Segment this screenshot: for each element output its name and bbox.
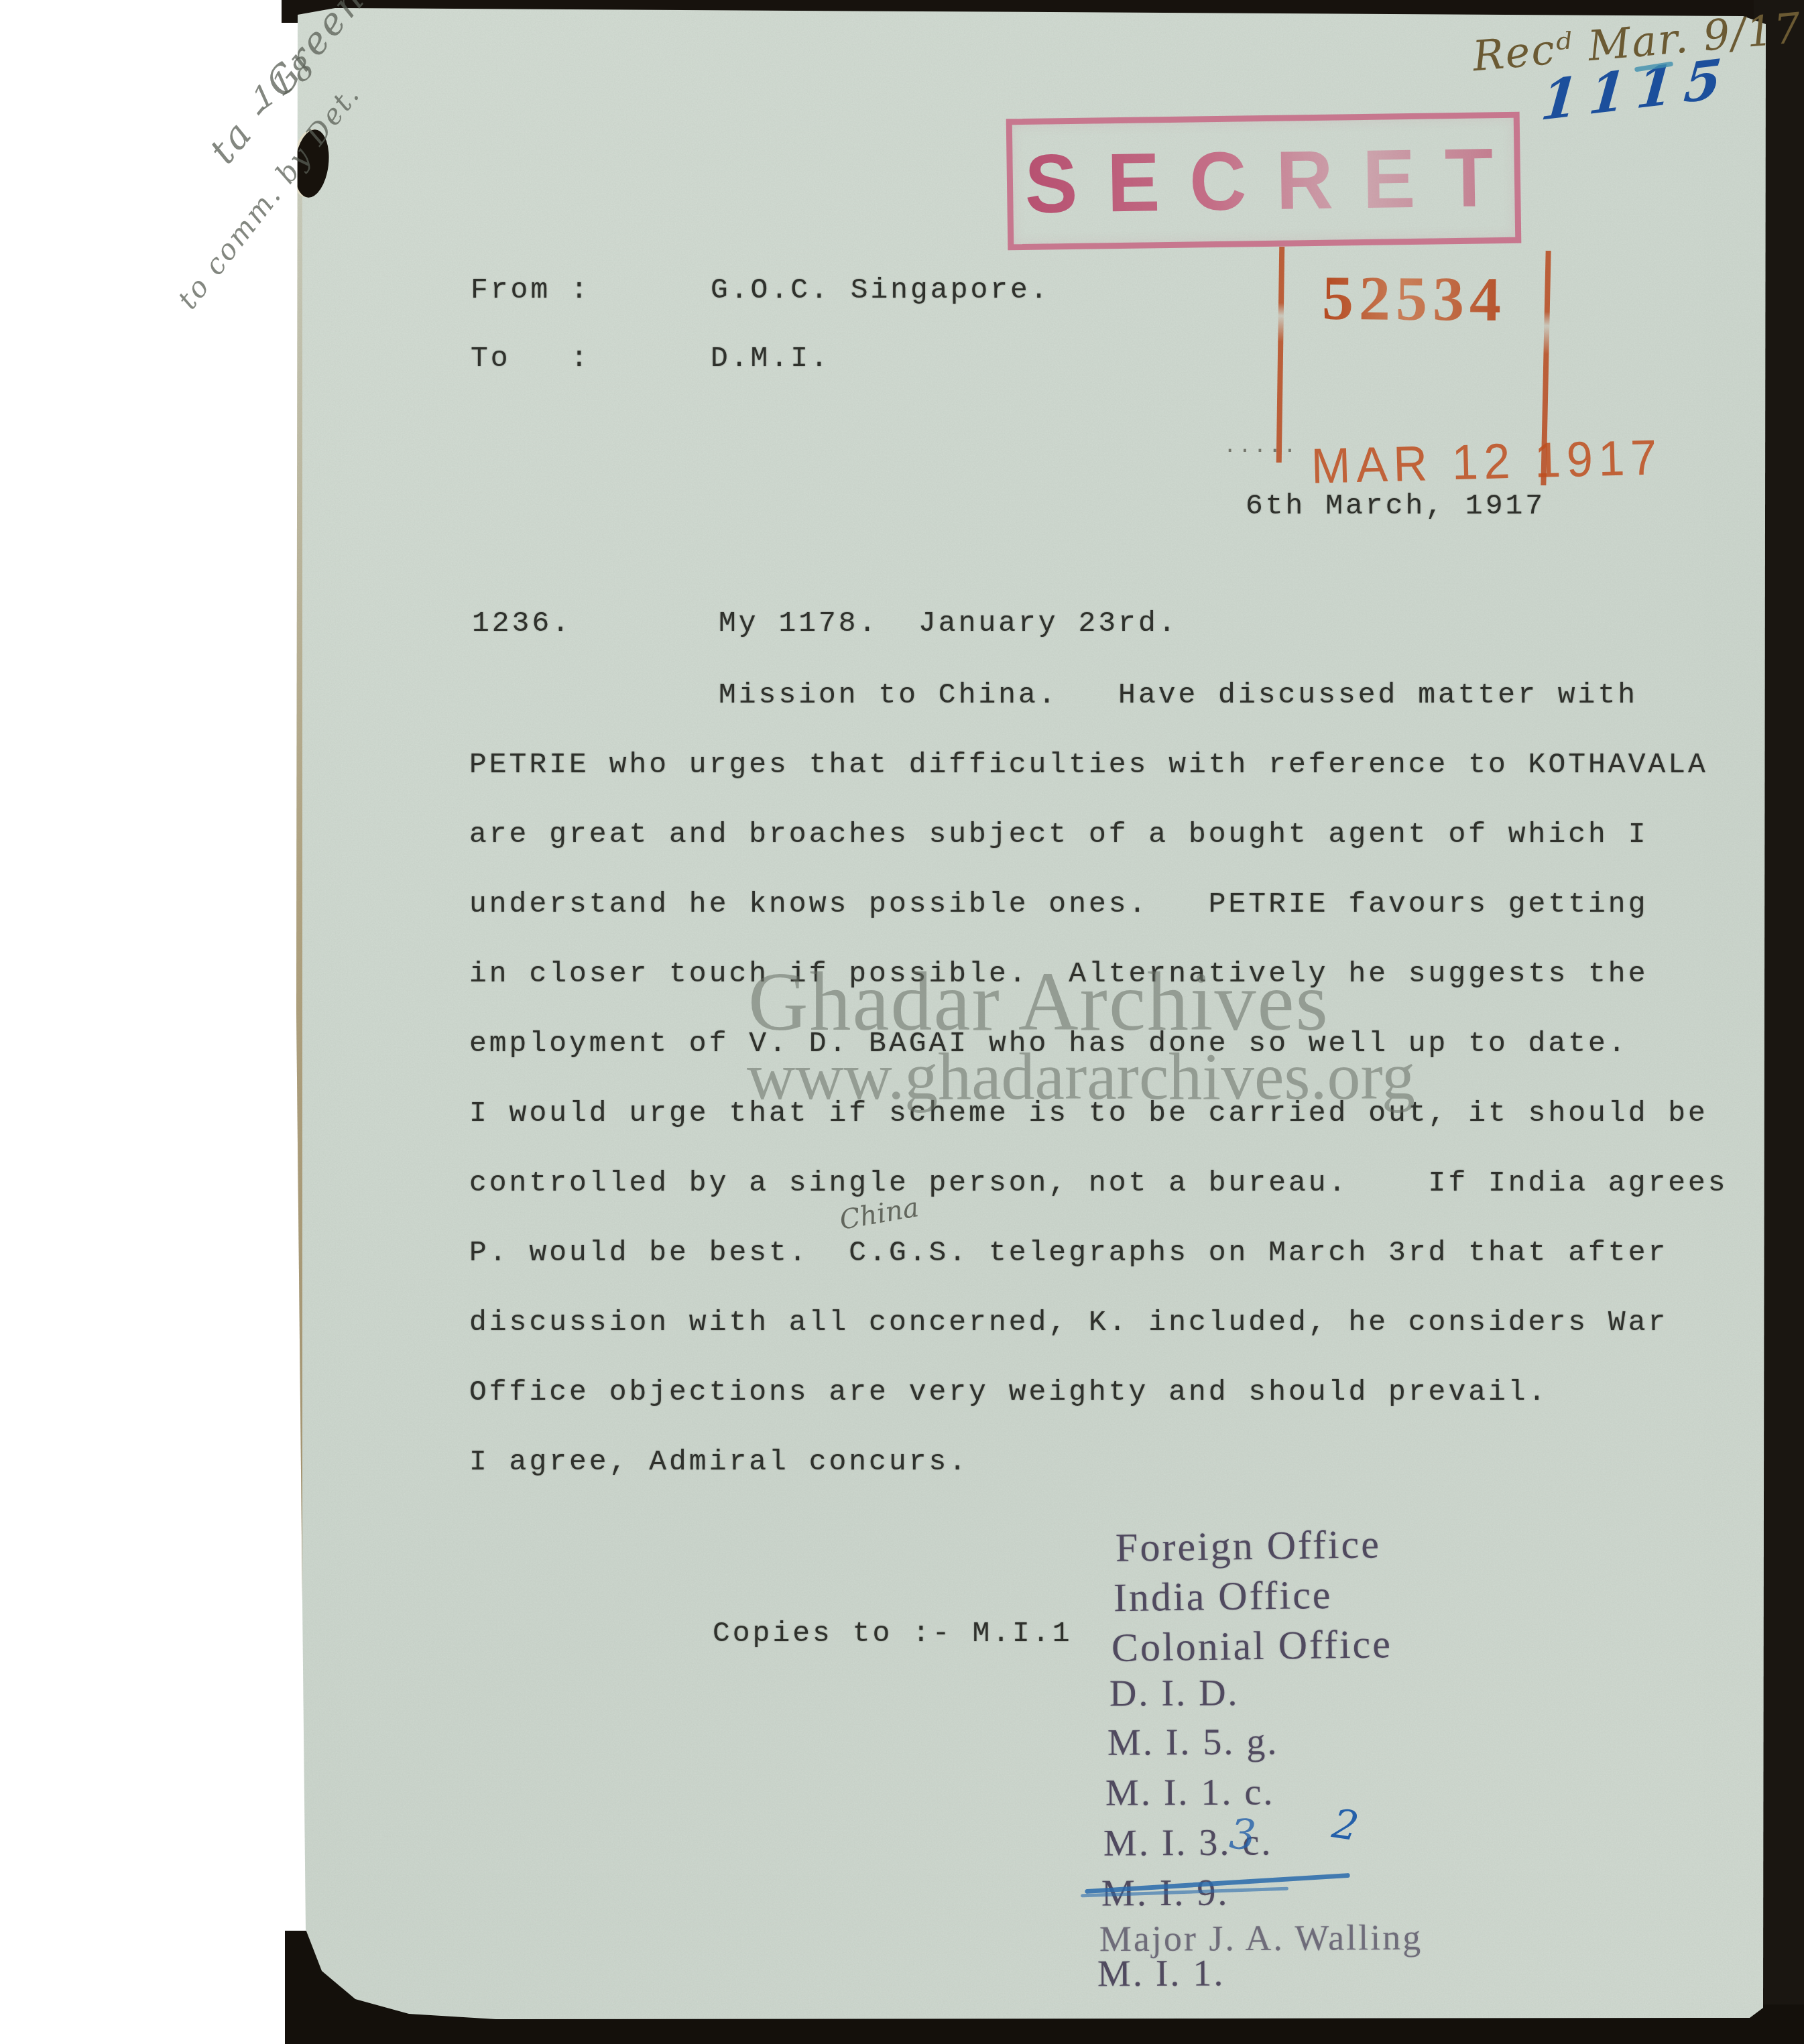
to-value: D.M.I. [711,342,831,375]
watermark-title: Ghadar Archives [748,955,1329,1050]
body-line: PETRIE who urges that difficulties with … [469,748,1708,781]
registry-date-stamp: MAR 12 1917 [1311,428,1663,495]
body-line: P. would be best. C.G.S. telegraphs on M… [469,1236,1668,1269]
secret-stamp-text: SECRET [1004,129,1524,233]
watermark-url: www.ghadararchives.org [747,1038,1415,1115]
ref-number: 1236. [472,607,572,640]
from-value: G.O.C. Singapore. [711,274,1050,306]
copies-label: Copies to :- M.I.1 [713,1617,1072,1650]
body-line: understand he knows possible ones. PETRI… [469,888,1648,920]
copies-list-item: Foreign Office [1116,1521,1382,1571]
copies-list-item: Colonial Office [1111,1621,1393,1671]
body-line: are great and broaches subject of a boug… [469,818,1648,851]
copies-list-item: D. I. D. [1109,1671,1240,1715]
blue-overwrite-3: 3 [1228,1809,1258,1860]
secret-stamp: SECRET [1006,112,1522,251]
scanned-document-screenshot: { "document": { "kind": "Scanned secret … [0,0,1804,2044]
paper-left-edge [296,174,302,1958]
body-line: Mission to China. Have discussed matter … [719,678,1638,711]
copies-list-item: M. I. 1. [1097,1952,1225,1996]
registry-number: 52534 [1322,262,1507,336]
body-line: I agree, Admiral concurs. [469,1445,969,1478]
body-line: discussion with all concerned, K. includ… [469,1306,1668,1339]
copies-list-item: M. I. 5. g. [1107,1720,1279,1764]
registry-dots: ····· [1225,434,1301,465]
typed-date: 6th March, 1917 [1246,489,1545,522]
ref-line: My 1178. January 23rd. [719,607,1179,640]
copies-list-item: M. I. 1. c. [1105,1770,1275,1814]
copies-list-item: India Office [1114,1572,1333,1622]
to-label: To : [471,342,591,375]
body-line: controlled by a single person, not a bur… [469,1166,1728,1199]
from-label: From : [471,274,591,306]
body-line: Office objections are very weighty and s… [469,1376,1548,1408]
